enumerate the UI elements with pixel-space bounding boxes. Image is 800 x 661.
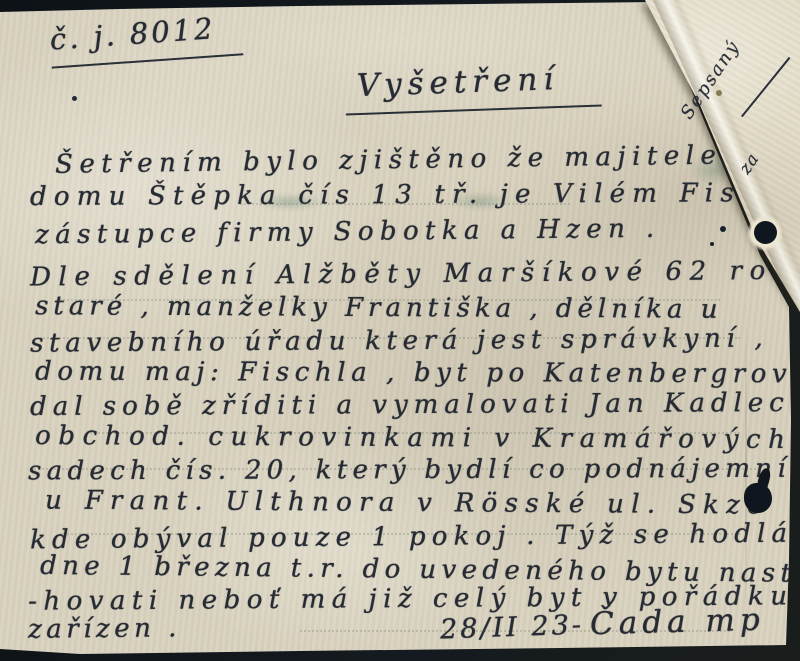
punch-hole — [754, 221, 777, 244]
page-title: Vyšetření — [344, 60, 602, 116]
ink-blot — [744, 483, 772, 513]
ink-speck — [720, 226, 726, 232]
handwritten-line: Šetřením bylo zjištěno že majitelem — [55, 141, 754, 179]
date-written: 28/II 23- — [440, 609, 585, 645]
ink-speck — [72, 96, 77, 101]
handwritten-line: sadech čís. 20, který bydlí co podnájemn… — [28, 455, 800, 486]
scan-background: č. j. 8012 Vyšetření Šetřením bylo zjišt… — [0, 0, 800, 661]
oversheet-rule-line — [741, 57, 790, 117]
reference-number: č. j. 8012 — [49, 9, 244, 68]
handwritten-line: u Frant. Ulthnora v Rösské ul. Skze — [45, 486, 770, 520]
handwritten-line: stavebního úřadu která jest správkyní , — [30, 324, 768, 358]
paper-speck — [716, 90, 722, 96]
handwritten-line: domu Štěpka čís 13 tř. je Vilém Fischl — [30, 179, 800, 212]
document-page: č. j. 8012 Vyšetření Šetřením bylo zjišt… — [0, 0, 800, 661]
signature: Čada mp — [590, 602, 766, 643]
handwritten-line: zařízen . — [28, 614, 181, 644]
oversheet-word-za: za — [735, 149, 763, 178]
handwritten-line: dal sobě zříditi a vymalovati Jan Kadlec — [30, 389, 790, 422]
handwritten-line: kde obýval pouze 1 pokoj . Týž se hodlá — [30, 520, 793, 555]
handwritten-line: Dle sdělení Alžběty Maršíkové 62 roků — [30, 257, 800, 292]
handwritten-line: staré , manželky Františka , dělníka u — [35, 292, 723, 324]
ink-speck — [710, 242, 714, 246]
handwritten-line: zástupce firmy Sobotka a Hzen . — [35, 215, 661, 250]
handwritten-line: domu maj: Fischla , byt po Katenbergrové — [35, 358, 800, 389]
handwritten-line: obchod. cukrovinkami v Kramářových — [35, 422, 793, 455]
